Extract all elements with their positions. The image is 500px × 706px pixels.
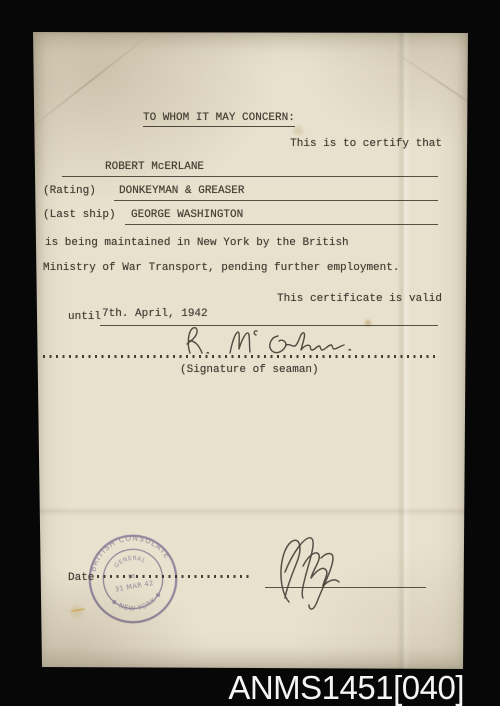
stamp-inner-arc-text: GENERAL xyxy=(113,553,148,570)
certificate-document: TO WHOM IT MAY CONCERN: This is to certi… xyxy=(33,32,468,669)
intro-line: This is to certify that xyxy=(290,138,442,150)
archive-label: ANMS1451[040] xyxy=(228,671,464,704)
last-ship-label: (Last ship) xyxy=(43,209,116,221)
signature-dotted-line xyxy=(43,355,439,358)
until-label: until xyxy=(68,311,101,323)
seaman-name-row: ROBERT McERLANE xyxy=(62,154,438,177)
signature-caption: (Signature of seaman) xyxy=(180,364,319,376)
consulate-stamp: BRITISH CONSULATE GENERAL 58. 31 MAR 42 … xyxy=(79,525,188,634)
paper-stain xyxy=(71,608,85,612)
stamp-date: 31 MAR 42 xyxy=(114,579,154,594)
rating-label: (Rating) xyxy=(43,185,96,197)
document-heading: TO WHOM IT MAY CONCERN: xyxy=(143,112,295,124)
rating-row: DONKEYMAN & GREASER xyxy=(114,178,438,201)
date-dotted-line xyxy=(97,575,250,578)
last-ship-row: GEORGE WASHINGTON xyxy=(125,202,438,225)
body-line-2: Ministry of War Transport, pending furth… xyxy=(43,262,399,274)
body-line-1: is being maintained in New York by the B… xyxy=(45,237,349,249)
consul-signature xyxy=(263,528,363,614)
date-label: Date xyxy=(68,572,94,584)
seaman-name: ROBERT McERLANE xyxy=(105,161,204,176)
svg-text:GENERAL: GENERAL xyxy=(113,553,148,570)
rating-value: DONKEYMAN & GREASER xyxy=(119,185,244,200)
last-ship-value: GEORGE WASHINGTON xyxy=(131,209,243,224)
photo-frame: TO WHOM IT MAY CONCERN: This is to certi… xyxy=(0,0,500,706)
seaman-signature xyxy=(178,323,373,359)
paper-crease xyxy=(20,30,155,136)
paper-crease xyxy=(385,45,500,131)
heading-text: TO WHOM IT MAY CONCERN: xyxy=(143,112,295,127)
